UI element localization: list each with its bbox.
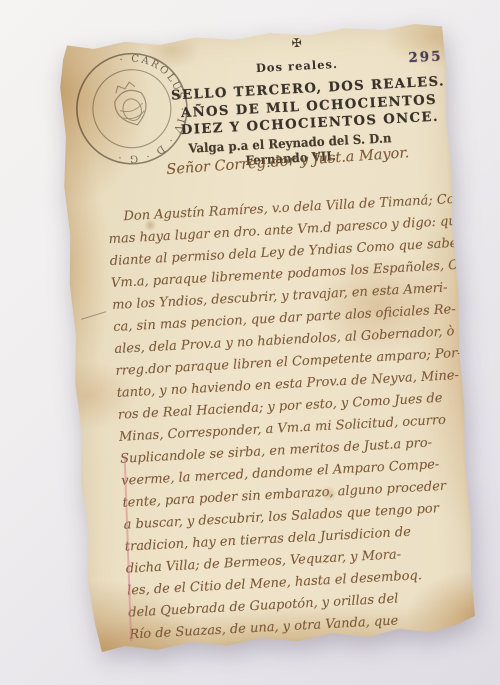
maltese-cross-icon: ✠ [266, 34, 327, 51]
paper-tear-mark [81, 311, 106, 320]
document-page-wrapper: · CAROLUS · IV · D · G · ✠ Dos reales. 2… [0, 0, 500, 685]
tax-value-label: Dos reales. [234, 56, 361, 77]
folio-number: 295 [408, 48, 443, 66]
manuscript-body: Don Agustín Ramíres, v.o dela Villa de T… [107, 189, 474, 646]
photo-backdrop: · CAROLUS · IV · D · G · ✠ Dos reales. 2… [0, 0, 500, 685]
seal-coat-of-arms [109, 79, 152, 130]
manuscript-page: · CAROLUS · IV · D · G · ✠ Dos reales. 2… [54, 18, 478, 655]
